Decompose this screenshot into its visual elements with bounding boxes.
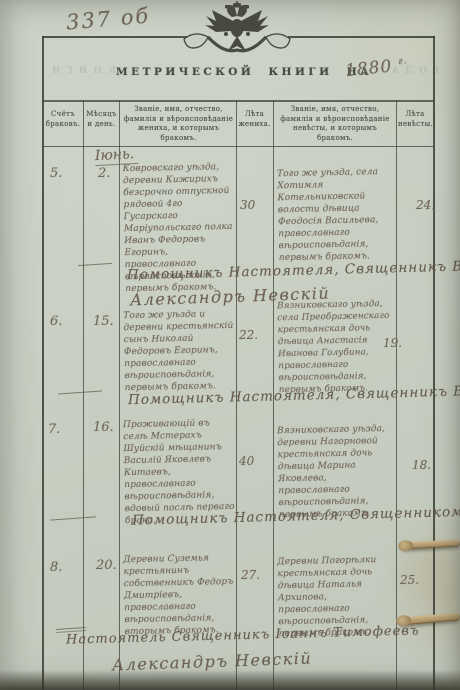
- year-handwritten: 1880 г.: [344, 55, 409, 81]
- entry-number: 5.: [50, 166, 62, 181]
- bride-description: Того же уѣзда, села Хотимля Котельниковс…: [277, 166, 393, 264]
- col-header-date: Мѣсяцъ и день.: [85, 110, 118, 129]
- separator-dash: [50, 516, 96, 520]
- page-title: МЕТРИЧЕСКОЙ КНИГИ НА: [116, 66, 372, 78]
- entry-day: 2.: [98, 166, 110, 181]
- entry-day: 15.: [93, 314, 114, 329]
- bride-age: 19.: [383, 336, 402, 350]
- col-header-groom: Званіе, имя, отчество, фамилія и вѣроисп…: [123, 105, 234, 143]
- frame-left-line: [42, 36, 44, 690]
- frame-right-line: [433, 36, 435, 690]
- table-vline-1: [83, 100, 84, 690]
- table-top-line: [42, 100, 434, 102]
- metrical-book-page: 337 об КНИГИ ГОДА МЕТРИЧЕСКОЙ КНИГИ: [0, 0, 460, 690]
- year-suffix: г.: [398, 56, 408, 67]
- bride-description: Вязниковскаго уѣзда, села Преображенскаг…: [277, 298, 393, 396]
- separator-dash: [58, 390, 102, 394]
- entry-number: 7.: [48, 422, 60, 437]
- binding-thread-2: [399, 612, 460, 625]
- groom-age: 30: [240, 198, 255, 212]
- frame-top-line-left: [42, 36, 187, 38]
- table-vline-2: [119, 100, 120, 690]
- entry-day: 20.: [96, 558, 117, 573]
- ghost-bleedthrough-left: КНИГИ: [46, 66, 116, 76]
- col-header-count: Счётъ браковъ.: [44, 110, 82, 129]
- imperial-eagle-crest: [181, 1, 293, 63]
- col-header-groom-age: Лѣта жениха.: [238, 110, 271, 129]
- clerk-signature: Александръ Невскій: [112, 649, 313, 675]
- folio-number: 337 об: [65, 3, 151, 34]
- binding-thread-1: [401, 539, 460, 549]
- col-header-bride-age: Лѣта невѣсты.: [398, 110, 432, 129]
- entry-day: 16.: [93, 420, 114, 435]
- groom-description: Деревни Суземья крестьянинъ собственникъ…: [123, 552, 235, 638]
- bride-age: 24.: [416, 198, 435, 212]
- groom-age: 22.: [239, 328, 258, 342]
- groom-description: Того же уѣзда и деревни крестьянскій сын…: [123, 308, 235, 394]
- bride-age: 18.: [412, 458, 431, 472]
- year-value: 1880: [344, 56, 393, 81]
- entry-number: 6.: [50, 314, 62, 329]
- bride-age: 25.: [400, 573, 419, 587]
- col-header-bride: Званіе, имя, отчество, фамилія и вѣроисп…: [276, 105, 394, 143]
- bottom-shadow: [0, 670, 460, 690]
- paper-edge-highlight: [0, 0, 9, 690]
- groom-age: 27.: [241, 568, 260, 582]
- entry-number: 8.: [50, 560, 62, 575]
- groom-age: 40: [239, 454, 254, 468]
- frame-top-line-right: [288, 36, 435, 38]
- thread-knot: [398, 540, 414, 552]
